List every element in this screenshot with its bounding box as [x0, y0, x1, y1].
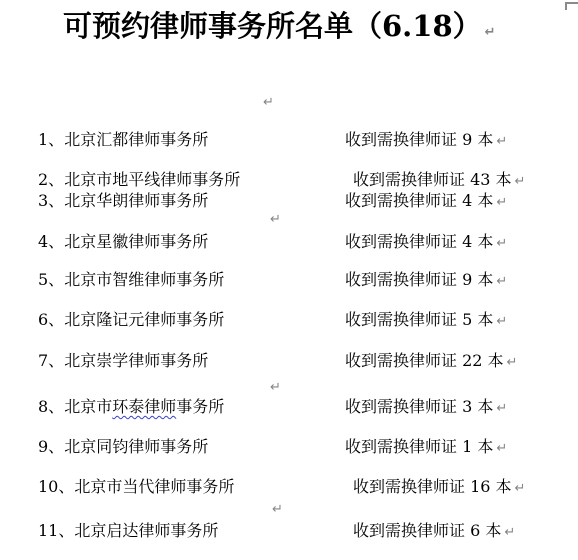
list-item: 1、北京汇都律师事务所 收到需换律师证 9 本↵ — [0, 130, 578, 150]
paragraph-mark-icon: ↵ — [263, 96, 274, 109]
firm-name-text: 北京市地平线律师事务所 — [64, 170, 240, 189]
certificate-count: 收到需换律师证 4 本↵ — [345, 191, 507, 212]
list-item: 5、北京市智维律师事务所 收到需换律师证 9 本↵ — [0, 270, 578, 290]
paragraph-mark-icon: ↵ — [496, 314, 507, 329]
paragraph-mark-icon: ↵ — [496, 236, 507, 251]
list-item: 6、北京隆记元律师事务所 收到需换律师证 5 本↵ — [0, 310, 578, 330]
paragraph-mark-icon: ↵ — [485, 25, 496, 40]
status-text: 收到需换律师证 4 本 — [345, 232, 493, 251]
list-item: 8、北京市环泰律师事务所 收到需换律师证 3 本↵ — [0, 397, 578, 417]
document-title: 可预约律师事务所名单（6.18）↵ — [63, 6, 496, 53]
document-canvas[interactable]: 可预约律师事务所名单（6.18）↵ ↵ 1、北京汇都律师事务所 收到需换律师证 … — [0, 0, 578, 560]
certificate-count: 收到需换律师证 5 本↵ — [345, 310, 507, 331]
item-number: 11、 — [38, 521, 74, 540]
certificate-count: 收到需换律师证 6 本↵ — [353, 521, 515, 542]
item-number: 9、 — [38, 437, 64, 456]
list-item: 9、北京同钧律师事务所 收到需换律师证 1 本↵ — [0, 437, 578, 457]
firm-name: 10、北京市当代律师事务所 — [38, 477, 234, 496]
certificate-count: 收到需换律师证 9 本↵ — [345, 130, 507, 151]
item-number: 6、 — [38, 310, 64, 329]
firm-name-text: 北京市智维律师事务所 — [64, 270, 224, 289]
item-number: 7、 — [38, 351, 64, 370]
status-text: 收到需换律师证 3 本 — [345, 397, 493, 416]
list-item: 7、北京崇学律师事务所 收到需换律师证 22 本↵ — [0, 351, 578, 371]
list-item: 2、北京市地平线律师事务所 收到需换律师证 43 本↵ — [0, 170, 578, 190]
firm-name-text: 事务所 — [176, 397, 224, 416]
certificate-count: 收到需换律师证 22 本↵ — [345, 351, 517, 372]
firm-name-text: 北京汇都律师事务所 — [64, 130, 208, 149]
firm-name-text: 北京启达律师事务所 — [74, 521, 218, 540]
firm-name: 3、北京华朗律师事务所 — [38, 191, 208, 210]
item-number: 10、 — [38, 477, 74, 496]
firm-name: 2、北京市地平线律师事务所 — [38, 170, 240, 189]
firm-name-text: 北京隆记元律师事务所 — [64, 310, 224, 329]
paragraph-mark-icon: ↵ — [496, 401, 507, 416]
item-number: 8、 — [38, 397, 64, 416]
item-number: 5、 — [38, 270, 64, 289]
certificate-count: 收到需换律师证 3 本↵ — [345, 397, 507, 418]
status-text: 收到需换律师证 6 本 — [353, 521, 501, 540]
item-number: 4、 — [38, 232, 64, 251]
spellcheck-flagged-text: 环泰律师 — [112, 397, 176, 416]
firm-name: 5、北京市智维律师事务所 — [38, 270, 224, 289]
firm-name: 4、北京星徽律师事务所 — [38, 232, 208, 251]
status-text: 收到需换律师证 5 本 — [345, 310, 493, 329]
list-item: 4、北京星徽律师事务所 收到需换律师证 4 本↵ — [0, 232, 578, 252]
firm-name-text: 北京市 — [64, 397, 112, 416]
firm-name: 9、北京同钧律师事务所 — [38, 437, 208, 456]
firm-name: 1、北京汇都律师事务所 — [38, 130, 208, 149]
paragraph-mark-icon: ↵ — [272, 503, 283, 516]
paragraph-mark-icon: ↵ — [496, 441, 507, 456]
paragraph-mark-icon: ↵ — [507, 355, 518, 370]
paragraph-mark-icon: ↵ — [515, 481, 526, 496]
paragraph-mark-icon: ↵ — [496, 134, 507, 149]
list-item: 10、北京市当代律师事务所 收到需换律师证 16 本↵ — [0, 477, 578, 497]
paragraph-mark-icon: ↵ — [515, 174, 526, 189]
firm-name-text: 北京同钧律师事务所 — [64, 437, 208, 456]
firm-name-text: 北京市当代律师事务所 — [74, 477, 234, 496]
status-text: 收到需换律师证 16 本 — [353, 477, 512, 496]
firm-name-text: 北京华朗律师事务所 — [64, 191, 208, 210]
status-text: 收到需换律师证 1 本 — [345, 437, 493, 456]
paragraph-mark-icon: ↵ — [270, 381, 281, 394]
paragraph-mark-icon: ↵ — [504, 525, 515, 540]
firm-name: 11、北京启达律师事务所 — [38, 521, 218, 540]
item-number: 2、 — [38, 170, 64, 189]
title-text: 可预约律师事务所名单（6.18） — [63, 9, 482, 43]
certificate-count: 收到需换律师证 4 本↵ — [345, 232, 507, 253]
firm-name: 7、北京崇学律师事务所 — [38, 351, 208, 370]
certificate-count: 收到需换律师证 9 本↵ — [345, 270, 507, 291]
status-text: 收到需换律师证 22 本 — [345, 351, 504, 370]
certificate-count: 收到需换律师证 43 本↵ — [353, 170, 525, 191]
item-number: 3、 — [38, 191, 64, 210]
status-text: 收到需换律师证 9 本 — [345, 130, 493, 149]
firm-name: 8、北京市环泰律师事务所 — [38, 397, 224, 416]
firm-name: 6、北京隆记元律师事务所 — [38, 310, 224, 329]
list-item: 3、北京华朗律师事务所 收到需换律师证 4 本↵ — [0, 191, 578, 211]
firm-name-text: 北京崇学律师事务所 — [64, 351, 208, 370]
paragraph-mark-icon: ↵ — [496, 274, 507, 289]
status-text: 收到需换律师证 4 本 — [345, 191, 493, 210]
status-text: 收到需换律师证 9 本 — [345, 270, 493, 289]
certificate-count: 收到需换律师证 1 本↵ — [345, 437, 507, 458]
firm-name-text: 北京星徽律师事务所 — [64, 232, 208, 251]
status-text: 收到需换律师证 43 本 — [353, 170, 512, 189]
paragraph-mark-icon: ↵ — [270, 213, 281, 226]
certificate-count: 收到需换律师证 16 本↵ — [353, 477, 525, 498]
list-item: 11、北京启达律师事务所 收到需换律师证 6 本↵ — [0, 521, 578, 541]
text-boundary-corner-mark — [565, 2, 567, 10]
item-number: 1、 — [38, 130, 64, 149]
paragraph-mark-icon: ↵ — [496, 195, 507, 210]
